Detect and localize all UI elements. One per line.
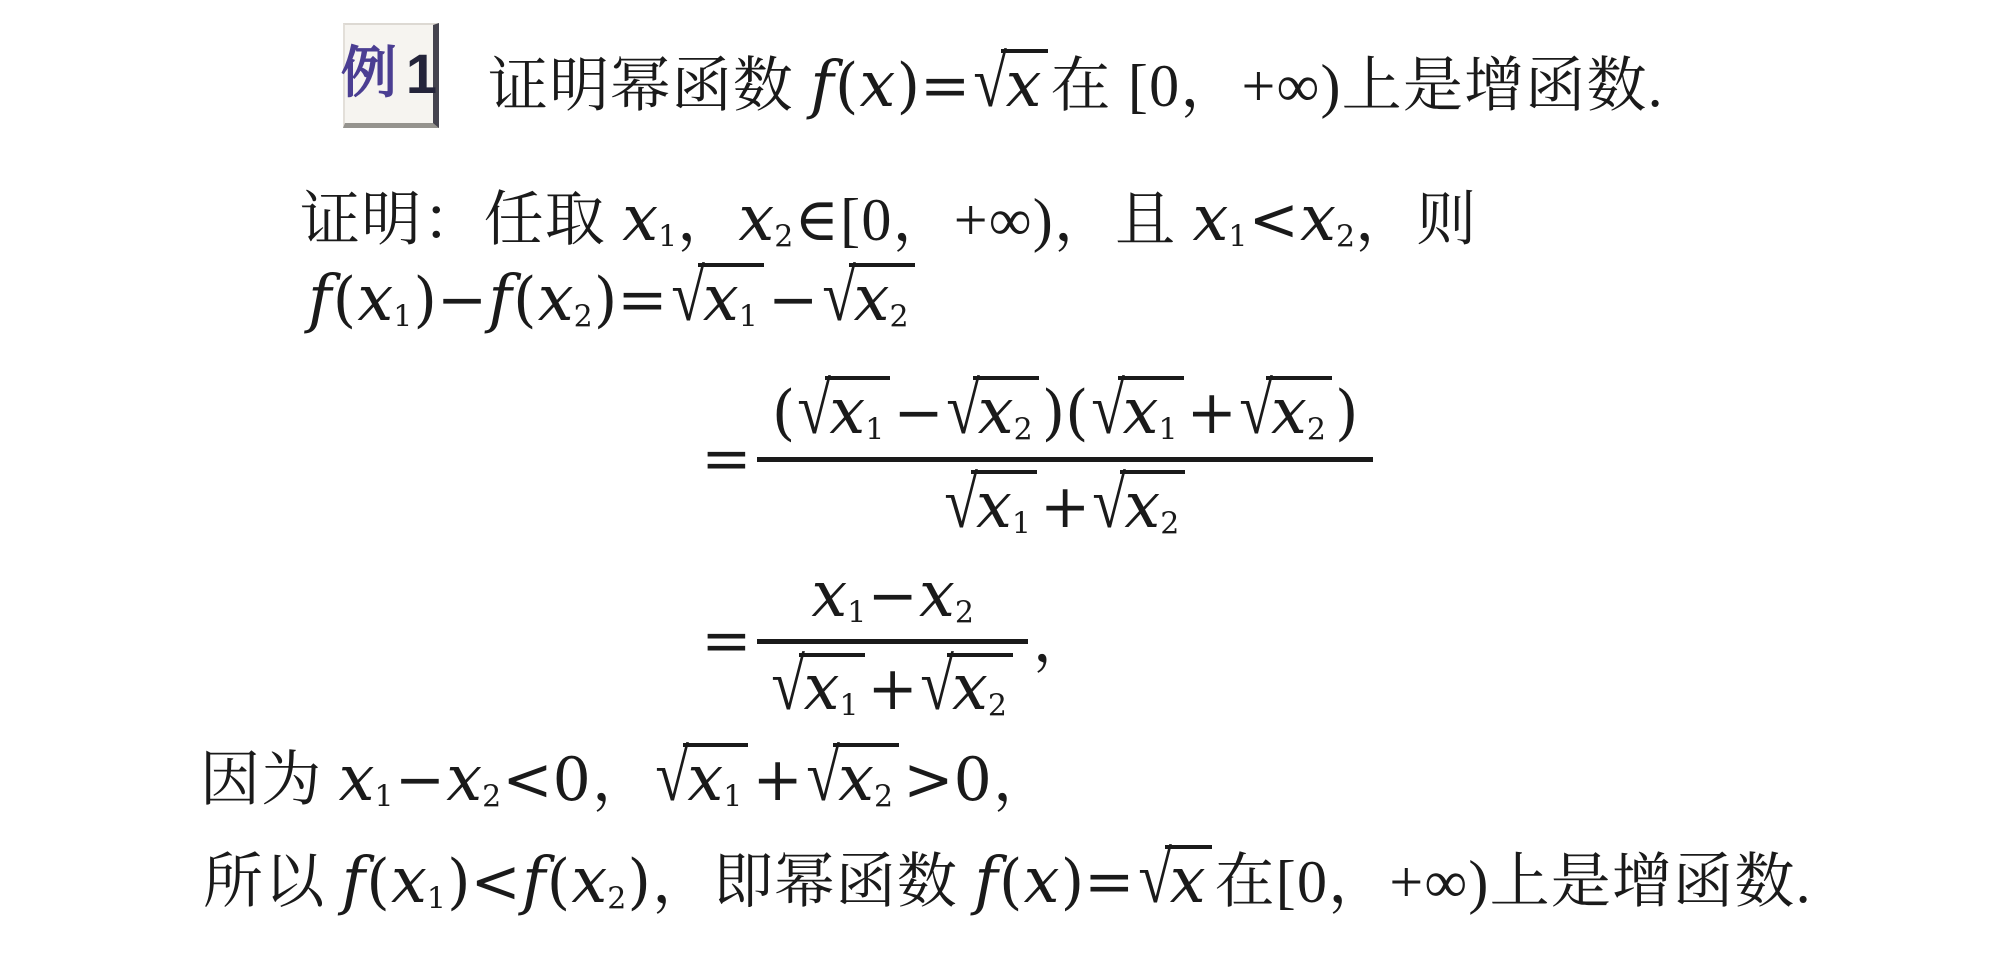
math-op: (	[332, 265, 358, 335]
subscript: 1	[1012, 506, 1031, 541]
sqrt-expression: √x1	[798, 376, 890, 448]
radical-sign-icon: √	[822, 254, 857, 338]
math-var: x	[952, 650, 988, 724]
example-badge-number: 1	[406, 46, 437, 102]
subscript: 2	[890, 300, 909, 335]
sqrt-expression: √x1	[1092, 376, 1184, 448]
math-var: x	[538, 261, 574, 335]
sqrt-expression: √x	[1139, 845, 1212, 917]
text-run: ，	[592, 747, 653, 813]
subscript: 2	[482, 780, 501, 815]
radical-sign-icon: √	[944, 461, 979, 545]
math-var: x	[339, 741, 375, 815]
proof-intro-line: 证明：任取 x1，x2∈[0，+∞)，且 x1<x2，则	[300, 182, 1478, 255]
math-var: x	[1300, 181, 1336, 255]
sqrt-expression: √x1	[945, 470, 1037, 542]
text-run: [0，+∞)，且	[840, 187, 1192, 253]
textbook-page: 例 1 证明幂函数 f(x)=√x在 [0，+∞)上是增函数. 证明：任取 x1…	[0, 0, 2000, 966]
math-op: <	[1247, 185, 1300, 255]
math-op: −	[866, 561, 919, 631]
math-var: f	[974, 843, 998, 917]
subscript: 2	[874, 780, 893, 815]
sqrt-expression: √x2	[921, 653, 1013, 725]
text-run: 证明：任取	[300, 187, 622, 253]
math-op: ∈	[793, 185, 840, 255]
text-run: ，即幂函数	[652, 849, 974, 915]
radical-sign-icon: √	[798, 367, 833, 451]
text-run: 所以	[203, 849, 342, 915]
text-run: ，则	[1355, 187, 1477, 253]
problem-statement-line: 证明幂函数 f(x)=√x在 [0，+∞)上是增函数.	[488, 48, 1664, 121]
subscript: 1	[847, 595, 866, 630]
radicand: x2	[973, 376, 1039, 441]
math-var: x	[1193, 181, 1229, 255]
sqrt-expression: √x2	[823, 263, 915, 335]
fraction: x1−x2√x1+√x2	[757, 555, 1027, 726]
fraction: (√x1−√x2)(√x1+√x2)√x1+√x2	[757, 374, 1372, 544]
equation-step-3-line: =x1−x2√x1+√x2，	[700, 552, 1094, 730]
math-var: x	[1006, 47, 1042, 121]
math-var: x	[829, 374, 865, 448]
radical-sign-icon: √	[974, 40, 1009, 124]
math-var: x	[357, 261, 393, 335]
subscript: 1	[393, 300, 412, 335]
sqrt-expression: √x1	[656, 743, 748, 815]
math-var: x	[919, 557, 955, 631]
math-var: x	[838, 741, 874, 815]
math-op: =	[700, 607, 753, 676]
radical-sign-icon: √	[656, 734, 691, 818]
radicand: x2	[1266, 376, 1332, 441]
radicand: x1	[1118, 376, 1184, 441]
math-var: x	[738, 181, 774, 255]
subscript: 1	[427, 882, 446, 917]
example-badge-label: 例	[341, 46, 397, 102]
radical-sign-icon: √	[1093, 461, 1128, 545]
subscript: 1	[865, 413, 884, 448]
math-op: (	[834, 51, 860, 121]
denominator: √x1+√x2	[757, 644, 1027, 727]
math-var: x	[391, 843, 427, 917]
radical-sign-icon: √	[1239, 367, 1274, 451]
math-op: )−	[412, 265, 488, 335]
subscript: 2	[774, 220, 793, 255]
radicand: x1	[971, 470, 1037, 535]
radicand: x2	[1120, 470, 1186, 535]
sqrt-expression: √x2	[1093, 470, 1185, 542]
radicand: x2	[849, 263, 915, 328]
math-op: +	[1185, 378, 1238, 448]
math-var: x	[978, 374, 1014, 448]
text-run: 因为	[200, 747, 339, 813]
because-line: 因为 x1−x2<0，√x1+√x2>0，	[200, 742, 1054, 815]
math-var: x	[860, 47, 896, 121]
math-var: f	[522, 843, 546, 917]
radical-sign-icon: √	[806, 734, 841, 818]
math-op: (	[546, 847, 572, 917]
subscript: 1	[374, 780, 393, 815]
subscript: 1	[1228, 220, 1247, 255]
math-var: x	[854, 261, 890, 335]
subscript: 2	[955, 595, 974, 630]
math-var: x	[1271, 374, 1307, 448]
math-op: +	[1039, 472, 1092, 542]
radical-sign-icon: √	[772, 644, 807, 728]
numerator: (√x1−√x2)(√x1+√x2)	[757, 374, 1372, 462]
sqrt-expression: √x1	[672, 263, 764, 335]
math-op: <0	[501, 745, 592, 815]
subscript: 2	[1336, 220, 1355, 255]
math-var: x	[804, 650, 840, 724]
radicand: x1	[683, 743, 749, 808]
math-op: )	[626, 847, 652, 917]
math-op: (	[998, 847, 1024, 917]
math-op: )<	[446, 847, 522, 917]
subscript: 1	[739, 300, 758, 335]
math-var: f	[342, 843, 366, 917]
text-run: ，	[677, 187, 738, 253]
subscript: 2	[1160, 506, 1179, 541]
math-op: =	[700, 425, 753, 494]
math-var: x	[1024, 843, 1060, 917]
subscript: 2	[1014, 413, 1033, 448]
denominator: √x1+√x2	[757, 462, 1372, 545]
subscript: 2	[607, 882, 626, 917]
math-var: x	[687, 741, 723, 815]
math-op: )=	[1060, 847, 1136, 917]
radical-sign-icon: √	[946, 367, 981, 451]
subscript: 1	[723, 780, 742, 815]
sqrt-expression: √x1	[772, 653, 864, 725]
math-var: x	[622, 181, 658, 255]
radicand: x1	[698, 263, 764, 328]
math-var: x	[1124, 468, 1160, 542]
equation-step-2-line: =(√x1−√x2)(√x1+√x2)√x1+√x2	[700, 368, 1378, 550]
subscript: 2	[574, 300, 593, 335]
math-var: x	[703, 261, 739, 335]
example-badge: 例 1	[343, 23, 439, 128]
math-var: x	[571, 843, 607, 917]
math-op: −	[892, 378, 945, 448]
math-op: )	[1334, 378, 1360, 448]
radicand: x1	[825, 376, 891, 441]
math-var: x	[1123, 374, 1159, 448]
math-op: >0	[902, 745, 993, 815]
math-var: f	[810, 47, 834, 121]
math-op: +	[751, 745, 804, 815]
text-run: 证明幂函数	[488, 53, 810, 119]
math-var: x	[446, 741, 482, 815]
math-op: −	[394, 745, 447, 815]
math-var: f	[488, 261, 512, 335]
subscript: 2	[1307, 413, 1326, 448]
radicand: x2	[833, 743, 899, 808]
text-run: ，	[1033, 607, 1094, 676]
radical-sign-icon: √	[1138, 836, 1173, 920]
math-var: f	[308, 261, 332, 335]
conclusion-line: 所以 f(x1)<f(x2)，即幂函数 f(x)=√x在[0，+∞)上是增函数.	[203, 844, 1812, 917]
sqrt-expression: √x2	[1240, 376, 1332, 448]
subscript: 2	[988, 689, 1007, 724]
radical-sign-icon: √	[1091, 367, 1126, 451]
text-run: ，	[993, 747, 1054, 813]
math-op: +	[866, 654, 919, 724]
math-var: x	[811, 557, 847, 631]
radical-sign-icon: √	[920, 644, 955, 728]
text-run: 在[0，+∞)上是增函数.	[1215, 849, 1812, 915]
math-op: (	[365, 847, 391, 917]
math-op: (	[512, 265, 538, 335]
subscript: 1	[1159, 413, 1178, 448]
radical-sign-icon: √	[671, 254, 706, 338]
math-op: −	[767, 265, 820, 335]
radicand: x1	[799, 653, 865, 718]
math-var: x	[1170, 843, 1206, 917]
numerator: x1−x2	[757, 555, 1027, 644]
math-op: )=	[593, 265, 669, 335]
subscript: 1	[839, 689, 858, 724]
math-op: )(	[1041, 378, 1090, 448]
radicand: x2	[947, 653, 1013, 718]
math-var: x	[976, 468, 1012, 542]
sqrt-expression: √x2	[807, 743, 899, 815]
subscript: 1	[658, 220, 677, 255]
math-op: (	[771, 378, 797, 448]
equation-step-1-line: f(x1)−f(x2)=√x1−√x2	[308, 262, 918, 335]
text-run: 在 [0，+∞)上是增函数.	[1051, 53, 1664, 119]
math-op: )=	[895, 51, 971, 121]
sqrt-expression: √x2	[947, 376, 1039, 448]
sqrt-expression: √x	[974, 49, 1047, 121]
